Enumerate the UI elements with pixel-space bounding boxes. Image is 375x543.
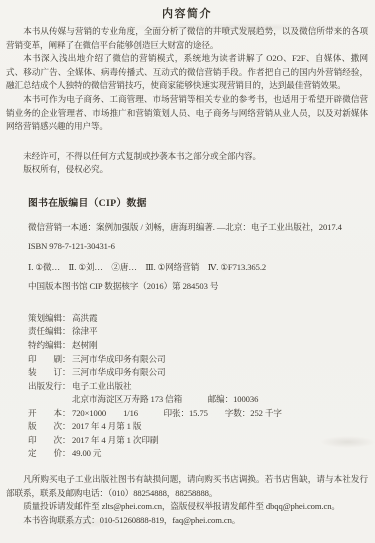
notice-line-1: 未经许可，不得以任何方式复制或抄袭本书之部分或全部内容。 [6,150,368,164]
colophon-row-printing: 印 次： 2017 年 4 月第 1 次印刷 [28,434,368,448]
colophon-row-special-editor: 特约编辑： 赵树刚 [28,339,368,353]
colophon-row-printer: 印 刷： 三河市华成印务有限公司 [28,353,368,367]
colophon-row-address: 北京市海淀区万寿路 173 信箱 邮编：100036 [28,393,368,407]
colophon-label: 印 刷： [28,353,72,367]
colophon-value: 徐津平 [72,325,368,339]
colophon-value: 电子工业出版社 [72,380,368,394]
colophon-row-planning-editor: 策划编辑： 高洪霞 [28,312,368,326]
cip-registry-number: 中国版本图书馆 CIP 数据核字（2016）第 284503 号 [28,280,368,294]
colophon-value: 北京市海淀区万寿路 173 信箱 邮编：100036 [72,393,368,407]
footer-inquiry-contacts: 本书咨询联系方式：010-51260888-819，faq@phei.com.c… [6,514,368,528]
colophon-label: 版 次： [28,420,72,434]
colophon-section: 策划编辑： 高洪霞 责任编辑： 徐津平 特约编辑： 赵树刚 印 刷： 三河市华成… [6,312,368,461]
intro-title: 内容简介 [6,8,368,21]
cip-entry: 微信营销一本通：案例加强版 / 刘畅，唐海玥编著. —北京：电子工业出版社，20… [28,221,368,235]
colophon-value: 49.00 元 [72,447,368,461]
colophon-label: 定 价： [28,447,72,461]
notice-line-2: 版权所有，侵权必究。 [6,163,368,177]
intro-paragraph-1: 本书从传媒与营销的专业角度，全面分析了微信的井喷式发展趋势，以及微信所带来的各项… [6,25,368,52]
colophon-row-binder: 装 订： 三河市华成印务有限公司 [28,366,368,380]
cip-classification: Ⅰ. ①微… Ⅱ. ①刘… ②唐… Ⅲ. ①网络营销 Ⅳ. ①F713.365.… [28,261,368,275]
colophon-row-price: 定 价： 49.00 元 [28,447,368,461]
colophon-label: 出版发行： [28,380,72,394]
footer-complaint-contacts: 质量投诉请发邮件至 zlts@phei.com.cn，盗版侵权举报请发邮件至 d… [6,500,368,514]
colophon-label: 责任编辑： [28,325,72,339]
cip-section: 图书在版编目（CIP）数据 微信营销一本通：案例加强版 / 刘畅，唐海玥编著. … [6,197,368,294]
colophon-row-edition: 版 次： 2017 年 4 月第 1 版 [28,420,368,434]
colophon-value: 三河市华成印务有限公司 [72,366,368,380]
footer-exchange-notice: 凡所购买电子工业出版社图书有缺损问题，请向购买书店调换。若书店售缺，请与本社发行… [6,473,368,500]
colophon-value: 赵树刚 [72,339,368,353]
isbn-number: ISBN 978-7-121-30431-6 [28,240,368,254]
colophon-label [28,393,72,407]
cip-heading: 图书在版编目（CIP）数据 [28,197,368,211]
copyright-notice-section: 未经许可，不得以任何方式复制或抄袭本书之部分或全部内容。 版权所有，侵权必究。 [6,150,368,177]
footer-section: 凡所购买电子工业出版社图书有缺损问题，请向购买书店调换。若书店售缺，请与本社发行… [6,473,368,527]
colophon-label: 策划编辑： [28,312,72,326]
colophon-value: 720×1000 1/16 印张：15.75 字数：252 千字 [72,407,368,421]
colophon-value: 2017 年 4 月第 1 版 [72,420,368,434]
colophon-value: 三河市华成印务有限公司 [72,353,368,367]
colophon-label: 印 次： [28,434,72,448]
copyright-page: 内容简介 本书从传媒与营销的专业角度，全面分析了微信的井喷式发展趋势，以及微信所… [0,0,375,543]
colophon-label: 装 订： [28,366,72,380]
colophon-row-publisher: 出版发行： 电子工业出版社 [28,380,368,394]
colophon-row-format: 开 本： 720×1000 1/16 印张：15.75 字数：252 千字 [28,407,368,421]
colophon-label: 特约编辑： [28,339,72,353]
colophon-label: 开 本： [28,407,72,421]
colophon-value: 高洪霞 [72,312,368,326]
intro-section: 内容简介 本书从传媒与营销的专业角度，全面分析了微信的井喷式发展趋势，以及微信所… [6,8,368,134]
colophon-row-responsible-editor: 责任编辑： 徐津平 [28,325,368,339]
intro-paragraph-3: 本书可作为电子商务、工商管理、市场营销等相关专业的参考书，也适用于希望开辟微信营… [6,93,368,134]
intro-paragraph-2: 本书深入浅出地介绍了微信的营销模式，系统地为读者讲解了 O2O、F2F、自媒体、… [6,52,368,93]
colophon-value: 2017 年 4 月第 1 次印刷 [72,434,368,448]
